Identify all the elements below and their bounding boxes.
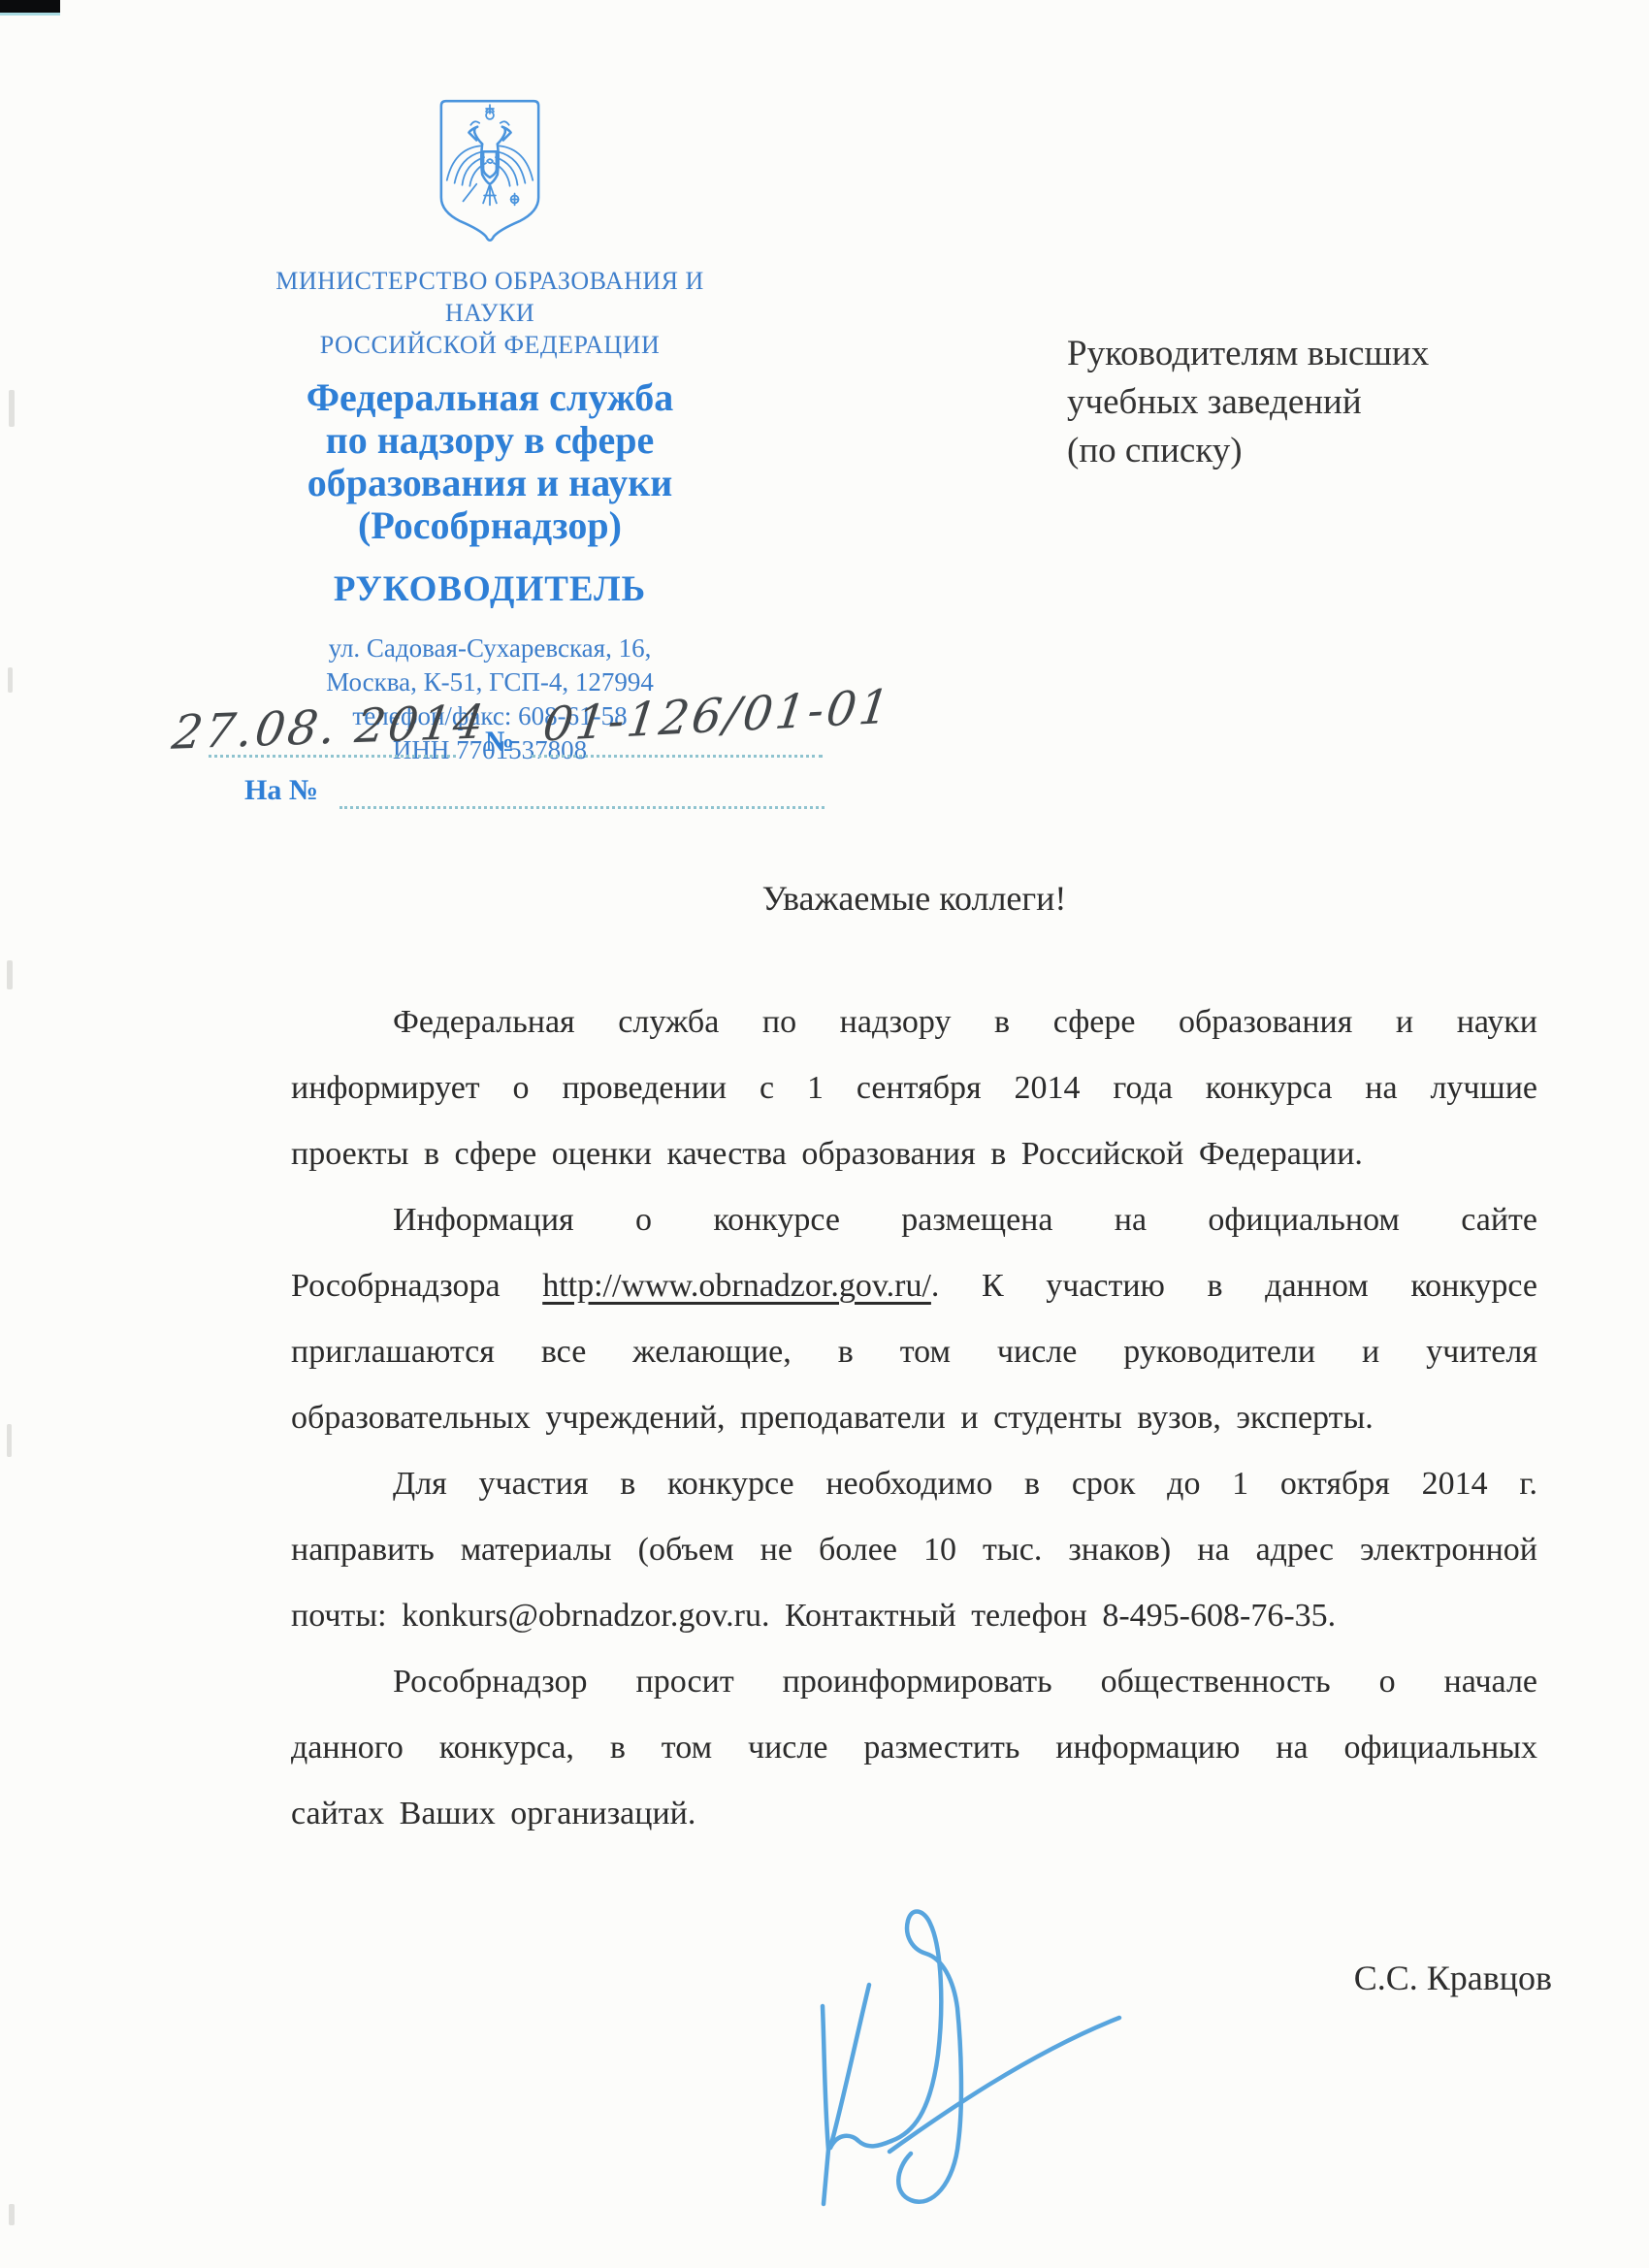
scan-speck: [9, 2204, 15, 2225]
scan-speck: [8, 667, 13, 693]
handwritten-signature-icon: [795, 1892, 1154, 2226]
ministry-name: МИНИСТЕРСТВО ОБРАЗОВАНИЯ И НАУКИ РОССИЙС…: [228, 265, 752, 361]
reply-to-dotted-line: [339, 806, 824, 809]
handwritten-date: 27.08. 2014: [169, 695, 490, 761]
body-line: Рособрнадзор просит проинформировать общ…: [291, 1649, 1537, 1715]
letter-body: Федеральная служба по надзору в сфере об…: [291, 989, 1537, 1847]
body-line: Федеральная служба по надзору в сфере об…: [291, 989, 1537, 1055]
agency-address-line: ул. Садовая-Сухаревская, 16,: [228, 632, 752, 665]
reply-to-label: На №: [244, 774, 318, 807]
scanned-letter-page: МИНИСТЕРСТВО ОБРАЗОВАНИЯ И НАУКИ РОССИЙС…: [0, 0, 1649, 2268]
addressee-line: учебных заведений: [1067, 378, 1533, 427]
addressee-block: Руководителям высших учебных заведений (…: [1067, 330, 1533, 475]
position-title: РУКОВОДИТЕЛЬ: [228, 568, 752, 610]
addressee-line: Руководителям высших: [1067, 330, 1533, 378]
body-line: направить материалы (объем не более 10 т…: [291, 1517, 1537, 1583]
body-line: данного конкурса, в том числе разместить…: [291, 1715, 1537, 1781]
salutation: Уважаемые коллеги!: [291, 878, 1537, 919]
website-url-text: http://www.obrnadzor.gov.ru/: [542, 1268, 931, 1304]
scan-artifact-strip: [0, 0, 60, 13]
signer-name: С.С. Кравцов: [1354, 1958, 1552, 1998]
body-line: Информация о конкурсе размещена на офици…: [291, 1187, 1537, 1253]
body-line: Для участия в конкурсе необходимо в срок…: [291, 1451, 1537, 1517]
body-line: почты: konkurs@obrnadzor.gov.ru. Контакт…: [291, 1583, 1537, 1649]
agency-name-line: Федеральная служба: [228, 376, 752, 419]
addressee-line: (по списку): [1067, 427, 1533, 475]
double-headed-eagle-crest-icon: [433, 92, 547, 245]
number-label: №: [485, 726, 514, 759]
letterhead-block: МИНИСТЕРСТВО ОБРАЗОВАНИЯ И НАУКИ РОССИЙС…: [228, 92, 752, 767]
scan-speck: [7, 960, 13, 989]
body-line: сайтах Ваших организаций.: [291, 1781, 1537, 1847]
number-dotted-line: [532, 755, 823, 758]
scan-speck: [7, 1424, 12, 1457]
body-line: образовательных учреждений, преподавател…: [291, 1385, 1537, 1451]
ministry-name-line: РОССИЙСКОЙ ФЕДЕРАЦИИ: [228, 329, 752, 361]
body-line: Рособрнадзора http://www.obrnadzor.gov.r…: [291, 1253, 1537, 1319]
agency-name-line: по надзору в сфере: [228, 419, 752, 462]
agency-name-line: (Рособрнадзор): [228, 504, 752, 547]
body-line: проекты в сфере оценки качества образова…: [291, 1121, 1537, 1187]
scan-artifact-strip-edge: [0, 13, 60, 16]
agency-name-line: образования и науки: [228, 462, 752, 504]
date-dotted-line: [209, 755, 456, 758]
agency-name: Федеральная служба по надзору в сфере об…: [228, 376, 752, 547]
body-line: информирует о проведении с 1 сентября 20…: [291, 1055, 1537, 1121]
body-line: приглашаются все желающие, в том числе р…: [291, 1319, 1537, 1385]
scan-speck: [9, 390, 15, 427]
ministry-name-line: МИНИСТЕРСТВО ОБРАЗОВАНИЯ И НАУКИ: [228, 265, 752, 329]
